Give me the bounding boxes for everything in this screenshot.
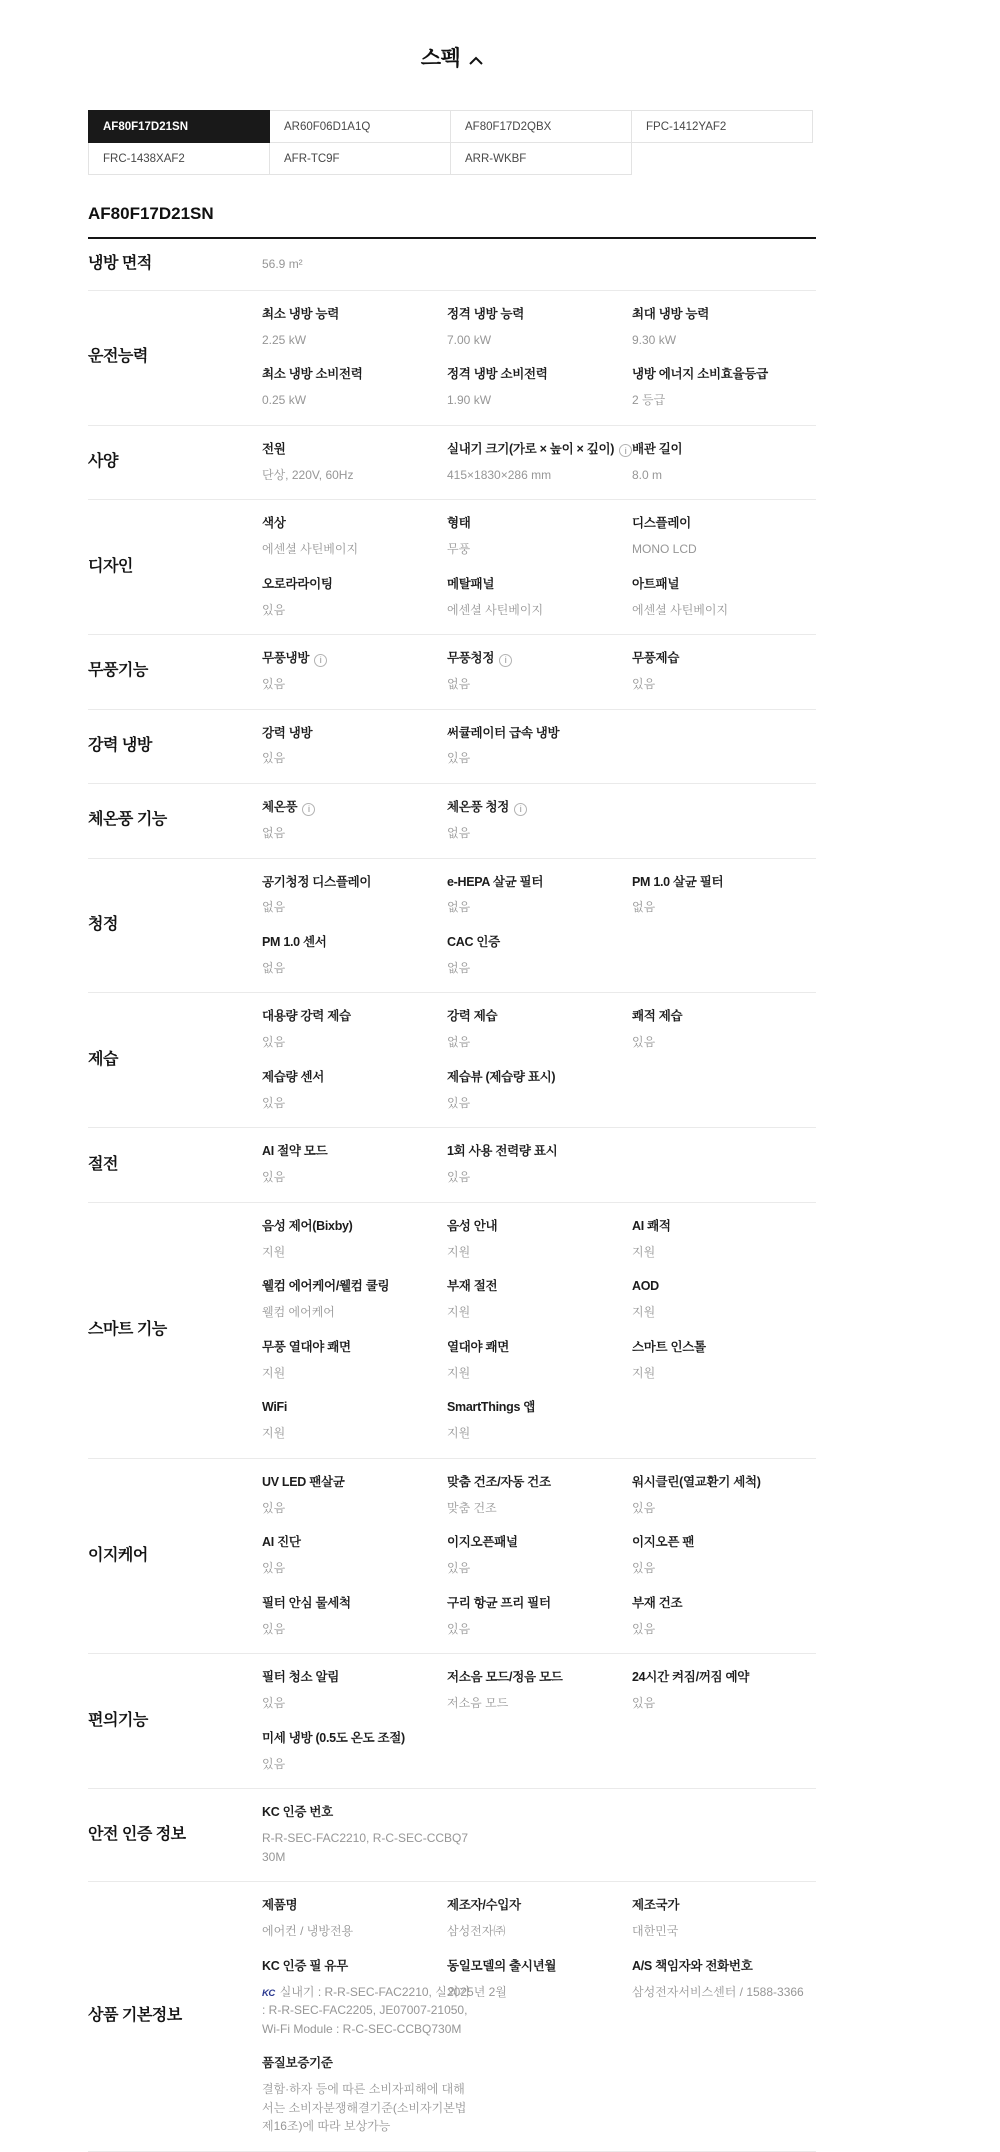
spec-cell: 이지오픈패널있음 <box>447 1534 632 1577</box>
spec-field-label: KC 인증 번호 <box>262 1804 333 1821</box>
spec-row: 디자인색상에센셜 사틴베이지형태무풍디스플레이MONO LCD오로라라이팅있음메… <box>88 500 816 635</box>
info-icon[interactable]: i <box>302 803 315 816</box>
spec-field-value: 있음 <box>262 1559 285 1578</box>
spec-field-label: AI 진단 <box>262 1534 301 1551</box>
spec-field-label: AI 쾌적 <box>632 1218 671 1235</box>
spec-field-value: 삼성전자㈜ <box>447 1922 505 1941</box>
spec-field-value: 삼성전자서비스센터 / 1588-3366 <box>632 1983 804 2002</box>
spec-row: 제습대용량 강력 제습있음강력 제습없음쾌적 제습있음제습량 센서있음제습뷰 (… <box>88 993 816 1128</box>
spec-field-value: KC실내기 : R-R-SEC-FAC2210, 실외기 : R-R-SEC-F… <box>262 1983 474 2039</box>
spec-cell: 동일모델의 출시년월2025년 2월 <box>447 1958 632 2039</box>
spec-field-value: 0.25 kW <box>262 391 306 410</box>
spec-cell: 구리 항균 프리 필터있음 <box>447 1595 632 1638</box>
spec-cell: 최소 냉방 능력2.25 kW <box>262 306 447 349</box>
spec-field-value: 지원 <box>632 1303 655 1322</box>
spec-category-label: 편의기능 <box>88 1669 262 1773</box>
spec-row: 편의기능필터 청소 알림있음저소음 모드/정음 모드저소음 모드24시간 켜짐/… <box>88 1654 816 1789</box>
spec-cell: 제조자/수입자삼성전자㈜ <box>447 1897 632 1940</box>
spec-field-label: 이지오픈 팬 <box>632 1534 694 1551</box>
spec-cell: A/S 책임자와 전화번호삼성전자서비스센터 / 1588-3366 <box>632 1958 817 2039</box>
spec-cell: 미세 냉방 (0.5도 온도 조절)있음 <box>262 1730 447 1773</box>
spec-field-value: 있음 <box>262 1620 285 1639</box>
spec-cell: 맞춤 건조/자동 건조맞춤 건조 <box>447 1474 632 1517</box>
spec-field-label: AI 절약 모드 <box>262 1143 327 1160</box>
spec-cell: e-HEPA 살균 필터없음 <box>447 874 632 917</box>
spec-field-label: 제조국가 <box>632 1897 679 1914</box>
spec-cell: 24시간 켜짐/꺼짐 예약있음 <box>632 1669 817 1712</box>
spec-field-label: 미세 냉방 (0.5도 온도 조절) <box>262 1730 405 1747</box>
spec-cell: 공기청정 디스플레이없음 <box>262 874 447 917</box>
spec-field-value: 맞춤 건조 <box>447 1499 497 1518</box>
spec-category-label: 디자인 <box>88 515 262 619</box>
spec-field-value: 지원 <box>447 1424 470 1443</box>
kc-mark-icon: KC <box>262 1987 275 2002</box>
spec-field-value: 지원 <box>447 1243 470 1262</box>
spec-cell: 최소 냉방 소비전력0.25 kW <box>262 366 447 409</box>
spec-cell: SmartThings 앱지원 <box>447 1399 632 1442</box>
spec-field-label: UV LED 팬살균 <box>262 1474 345 1491</box>
spec-field-value: 2.25 kW <box>262 331 306 350</box>
spec-field-value: 없음 <box>447 898 470 917</box>
spec-field-value: 웰컴 에어케어 <box>262 1303 335 1322</box>
spec-field-value: 없음 <box>632 898 655 917</box>
spec-field-value: 있음 <box>447 1620 470 1639</box>
info-icon[interactable]: i <box>314 654 327 667</box>
spec-cell: 디스플레이MONO LCD <box>632 515 817 558</box>
spec-cell: 아트패널에센셜 사틴베이지 <box>632 576 817 619</box>
spec-field-label: 오로라라이팅 <box>262 576 333 593</box>
spec-cell: 형태무풍 <box>447 515 632 558</box>
spec-field-value: 있음 <box>262 749 285 768</box>
spec-field-value: 지원 <box>632 1364 655 1383</box>
spec-field-label: 무풍청정i <box>447 650 512 667</box>
spec-category-label: 운전능력 <box>88 306 262 410</box>
spec-cell: KC 인증 번호R-R-SEC-FAC2210, R-C-SEC-CCBQ730… <box>262 1804 447 1866</box>
spec-field-value: 있음 <box>447 749 470 768</box>
spec-field-label: 강력 제습 <box>447 1008 497 1025</box>
spec-category-label: 사양 <box>88 441 262 484</box>
spec-cell: 1회 사용 전력량 표시있음 <box>447 1143 632 1186</box>
spec-row: 체온풍 기능체온풍i없음체온풍 청정i없음 <box>88 784 816 858</box>
spec-field-value: 없음 <box>447 1033 470 1052</box>
spec-field-label: 부재 절전 <box>447 1278 497 1295</box>
spec-field-label: 공기청정 디스플레이 <box>262 874 371 891</box>
spec-cell: 무풍 열대야 쾌면지원 <box>262 1339 447 1382</box>
spec-field-label: 웰컴 에어케어/웰컴 쿨링 <box>262 1278 389 1295</box>
spec-field-label: 체온풍i <box>262 799 315 816</box>
spec-field-label: SmartThings 앱 <box>447 1399 535 1416</box>
spec-cell: 배관 길이8.0 m <box>632 441 817 484</box>
spec-cell: 이지오픈 팬있음 <box>632 1534 817 1577</box>
spec-field-value: 있음 <box>632 1559 655 1578</box>
spec-field-value: 에센셜 사틴베이지 <box>447 601 543 620</box>
spec-cell: 정격 냉방 소비전력1.90 kW <box>447 366 632 409</box>
spec-field-value: 7.00 kW <box>447 331 491 350</box>
spec-field-label: 워시클린(열교환기 세척) <box>632 1474 761 1491</box>
spec-cell: 오로라라이팅있음 <box>262 576 447 619</box>
spec-field-label: 무풍 열대야 쾌면 <box>262 1339 351 1356</box>
model-tab-AFR-TC9F[interactable]: AFR-TC9F <box>269 142 451 175</box>
spec-row: 이지케어UV LED 팬살균있음맞춤 건조/자동 건조맞춤 건조워시클린(열교환… <box>88 1459 816 1654</box>
spec-field-value: 있음 <box>447 1168 470 1187</box>
spec-cell: 제품명에어컨 / 냉방전용 <box>262 1897 447 1940</box>
selected-model-title: AF80F17D21SN <box>88 204 816 224</box>
spec-field-value: 지원 <box>262 1243 285 1262</box>
spec-field-label: 최대 냉방 능력 <box>632 306 709 323</box>
spec-field-label: 배관 길이 <box>632 441 682 458</box>
spec-field-value: 8.0 m <box>632 466 662 485</box>
spec-field-label: 전원 <box>262 441 286 458</box>
spec-category-label: 청정 <box>88 874 262 978</box>
spec-row: 청정공기청정 디스플레이없음e-HEPA 살균 필터없음PM 1.0 살균 필터… <box>88 859 816 994</box>
spec-cell: AI 절약 모드있음 <box>262 1143 447 1186</box>
spec-field-label: 무풍냉방i <box>262 650 327 667</box>
spec-category-label: 제습 <box>88 1008 262 1112</box>
spec-cell: 저소음 모드/정음 모드저소음 모드 <box>447 1669 632 1712</box>
spec-cell: 웰컴 에어케어/웰컴 쿨링웰컴 에어케어 <box>262 1278 447 1321</box>
spec-cell: 체온풍 청정i없음 <box>447 799 632 842</box>
spec-row: 사양전원단상, 220V, 60Hz실내기 크기(가로 × 높이 × 깊이)i4… <box>88 426 816 500</box>
spec-field-label: 정격 냉방 소비전력 <box>447 366 548 383</box>
spec-field-value: 대한민국 <box>632 1922 678 1941</box>
spec-field-value: 에센셜 사틴베이지 <box>262 540 358 559</box>
spec-cell: 정격 냉방 능력7.00 kW <box>447 306 632 349</box>
spec-field-value: 9.30 kW <box>632 331 676 350</box>
spec-field-label: 체온풍 청정i <box>447 799 527 816</box>
spec-cell: 음성 제어(Bixby)지원 <box>262 1218 447 1261</box>
spec-field-label: 냉방 에너지 소비효율등급 <box>632 366 768 383</box>
spec-field-value: 56.9 m² <box>262 255 303 274</box>
spec-field-label: 음성 안내 <box>447 1218 497 1235</box>
spec-field-value: 없음 <box>262 959 285 978</box>
spec-field-value: 없음 <box>262 824 285 843</box>
spec-field-label: 아트패널 <box>632 576 679 593</box>
spec-cell: 제조국가대한민국 <box>632 1897 817 1940</box>
info-icon[interactable]: i <box>499 654 512 667</box>
spec-field-value: 있음 <box>632 1694 655 1713</box>
spec-section: 스펙 AF80F17D21SNAR60F06D1A1QAF80F17D2QBXF… <box>88 0 816 2152</box>
spec-field-value: 2 등급 <box>632 391 665 410</box>
spec-cell: 스마트 인스톨지원 <box>632 1339 817 1382</box>
spec-cell: 쾌적 제습있음 <box>632 1008 817 1051</box>
spec-field-label: 강력 냉방 <box>262 725 312 742</box>
spec-cell: 56.9 m² <box>262 255 447 274</box>
spec-field-value: 결함·하자 등에 따른 소비자피해에 대해서는 소비자분쟁해결기준(소비자기본법… <box>262 2080 474 2136</box>
spec-cell: 제습뷰 (제습량 표시)있음 <box>447 1069 632 1112</box>
spec-field-label: 제습량 센서 <box>262 1069 324 1086</box>
spec-category-label: 무풍기능 <box>88 650 262 693</box>
spec-cell: AOD지원 <box>632 1278 817 1321</box>
spec-field-label: 쾌적 제습 <box>632 1008 682 1025</box>
spec-row: 강력 냉방강력 냉방있음써큘레이터 급속 냉방있음 <box>88 710 816 784</box>
spec-cell: PM 1.0 센서없음 <box>262 934 447 977</box>
spec-field-value: 에센셜 사틴베이지 <box>632 601 728 620</box>
spec-field-value: 없음 <box>447 959 470 978</box>
spec-field-value: 무풍 <box>447 540 470 559</box>
spec-field-value: 1.90 kW <box>447 391 491 410</box>
spec-table: 냉방 면적56.9 m²운전능력최소 냉방 능력2.25 kW정격 냉방 능력7… <box>88 237 816 2152</box>
spec-category-label: 스마트 기능 <box>88 1218 262 1443</box>
spec-field-label: 필터 청소 알림 <box>262 1669 339 1686</box>
spec-field-label: 정격 냉방 능력 <box>447 306 524 323</box>
spec-field-value: 없음 <box>447 675 470 694</box>
model-tab-AF80F17D2QBX[interactable]: AF80F17D2QBX <box>450 110 632 143</box>
spec-cell: 냉방 에너지 소비효율등급2 등급 <box>632 366 817 409</box>
model-tab-FPC-1412YAF2[interactable]: FPC-1412YAF2 <box>631 110 813 143</box>
spec-row: 안전 인증 정보KC 인증 번호R-R-SEC-FAC2210, R-C-SEC… <box>88 1789 816 1882</box>
spec-cell: 워시클린(열교환기 세척)있음 <box>632 1474 817 1517</box>
spec-field-value: 지원 <box>262 1424 285 1443</box>
spec-cell: 체온풍i없음 <box>262 799 447 842</box>
spec-field-label: 형태 <box>447 515 471 532</box>
spec-cell: 부재 절전지원 <box>447 1278 632 1321</box>
spec-field-label: 최소 냉방 소비전력 <box>262 366 363 383</box>
spec-field-value: R-R-SEC-FAC2210, R-C-SEC-CCBQ730M <box>262 1829 474 1866</box>
spec-field-label: 구리 항균 프리 필터 <box>447 1595 551 1612</box>
spec-cell: 써큘레이터 급속 냉방있음 <box>447 725 632 768</box>
spec-cell: 전원단상, 220V, 60Hz <box>262 441 447 484</box>
spec-category-label: 상품 기본정보 <box>88 1897 262 2136</box>
spec-field-value: 단상, 220V, 60Hz <box>262 466 353 485</box>
spec-field-label: AOD <box>632 1278 659 1295</box>
chevron-up-icon <box>469 53 483 62</box>
spec-category-label: 이지케어 <box>88 1474 262 1638</box>
spec-row: 절전AI 절약 모드있음1회 사용 전력량 표시있음 <box>88 1128 816 1202</box>
spec-field-value: 있음 <box>262 1755 285 1774</box>
spec-row: 스마트 기능음성 제어(Bixby)지원음성 안내지원AI 쾌적지원웰컴 에어케… <box>88 1203 816 1459</box>
spec-cell: 필터 안심 물세척있음 <box>262 1595 447 1638</box>
spec-field-value: 있음 <box>262 1499 285 1518</box>
spec-field-value: 있음 <box>447 1094 470 1113</box>
spec-field-label: 필터 안심 물세척 <box>262 1595 351 1612</box>
spec-row: 운전능력최소 냉방 능력2.25 kW정격 냉방 능력7.00 kW최대 냉방 … <box>88 291 816 426</box>
spec-field-label: 대용량 강력 제습 <box>262 1008 351 1025</box>
spec-field-label: 제습뷰 (제습량 표시) <box>447 1069 555 1086</box>
spec-cell: 강력 제습없음 <box>447 1008 632 1051</box>
model-tab-ARR-WKBF[interactable]: ARR-WKBF <box>450 142 632 175</box>
spec-field-label: 실내기 크기(가로 × 높이 × 깊이)i <box>447 441 632 458</box>
spec-cell: 품질보증기준결함·하자 등에 따른 소비자피해에 대해서는 소비자분쟁해결기준(… <box>262 2055 447 2136</box>
spec-cell: 무풍냉방i있음 <box>262 650 447 693</box>
spec-cell: 메탈패널에센셜 사틴베이지 <box>447 576 632 619</box>
spec-field-label: KC 인증 필 유무 <box>262 1958 348 1975</box>
spec-field-value: 있음 <box>262 1168 285 1187</box>
spec-field-label: CAC 인증 <box>447 934 500 951</box>
spec-cell: KC 인증 필 유무KC실내기 : R-R-SEC-FAC2210, 실외기 :… <box>262 1958 447 2039</box>
spec-cell: PM 1.0 살균 필터없음 <box>632 874 817 917</box>
spec-field-label: 제품명 <box>262 1897 297 1914</box>
spec-category-label: 냉방 면적 <box>88 254 262 275</box>
spec-field-value: 지원 <box>447 1364 470 1383</box>
spec-field-value: 저소음 모드 <box>447 1694 508 1713</box>
spec-section-toggle[interactable]: 스펙 <box>88 38 816 76</box>
spec-cell: CAC 인증없음 <box>447 934 632 977</box>
spec-field-value: 없음 <box>447 824 470 843</box>
spec-cell: 무풍청정i없음 <box>447 650 632 693</box>
spec-row: 냉방 면적56.9 m² <box>88 239 816 291</box>
spec-category-label: 안전 인증 정보 <box>88 1804 262 1866</box>
spec-field-label: e-HEPA 살균 필터 <box>447 874 543 891</box>
spec-row: 상품 기본정보제품명에어컨 / 냉방전용제조자/수입자삼성전자㈜제조국가대한민국… <box>88 1882 816 2152</box>
spec-field-label: 1회 사용 전력량 표시 <box>447 1143 557 1160</box>
spec-field-value: 에어컨 / 냉방전용 <box>262 1922 353 1941</box>
spec-field-label: 24시간 켜짐/꺼짐 예약 <box>632 1669 749 1686</box>
spec-cell: 실내기 크기(가로 × 높이 × 깊이)i415×1830×286 mm <box>447 441 632 484</box>
spec-field-value: 2025년 2월 <box>447 1983 507 2002</box>
spec-field-label: 저소음 모드/정음 모드 <box>447 1669 563 1686</box>
spec-cell: WiFi지원 <box>262 1399 447 1442</box>
spec-field-value: 지원 <box>262 1364 285 1383</box>
spec-cell: AI 쾌적지원 <box>632 1218 817 1261</box>
spec-field-label: 무풍제습 <box>632 650 679 667</box>
spec-section-title: 스펙 <box>421 42 461 72</box>
spec-field-value: MONO LCD <box>632 540 697 559</box>
spec-field-value: 있음 <box>262 1094 285 1113</box>
spec-cell: UV LED 팬살균있음 <box>262 1474 447 1517</box>
spec-field-value: 415×1830×286 mm <box>447 466 551 485</box>
spec-cell: 최대 냉방 능력9.30 kW <box>632 306 817 349</box>
spec-field-label: 동일모델의 출시년월 <box>447 1958 556 1975</box>
spec-cell: 대용량 강력 제습있음 <box>262 1008 447 1051</box>
model-tab-AR60F06D1A1Q[interactable]: AR60F06D1A1Q <box>269 110 451 143</box>
spec-field-value: 지원 <box>447 1303 470 1322</box>
spec-cell: 필터 청소 알림있음 <box>262 1669 447 1712</box>
spec-category-label: 강력 냉방 <box>88 725 262 768</box>
spec-field-label: 이지오픈패널 <box>447 1534 518 1551</box>
spec-field-value: 있음 <box>447 1559 470 1578</box>
spec-field-label: 스마트 인스톨 <box>632 1339 706 1356</box>
spec-field-value: 있음 <box>262 1694 285 1713</box>
spec-category-label: 체온풍 기능 <box>88 799 262 842</box>
spec-field-value: 지원 <box>632 1243 655 1262</box>
spec-field-value: 있음 <box>262 601 285 620</box>
spec-cell: 색상에센셜 사틴베이지 <box>262 515 447 558</box>
spec-cell: 강력 냉방있음 <box>262 725 447 768</box>
model-tab-FRC-1438XAF2[interactable]: FRC-1438XAF2 <box>88 142 270 175</box>
spec-field-label: 제조자/수입자 <box>447 1897 521 1914</box>
spec-field-value: 있음 <box>262 1033 285 1052</box>
spec-field-label: PM 1.0 살균 필터 <box>632 874 723 891</box>
spec-field-label: 최소 냉방 능력 <box>262 306 339 323</box>
spec-category-label: 절전 <box>88 1143 262 1186</box>
spec-cell: 무풍제습있음 <box>632 650 817 693</box>
spec-cell: 제습량 센서있음 <box>262 1069 447 1112</box>
spec-cell: 부재 건조있음 <box>632 1595 817 1638</box>
spec-field-label: 메탈패널 <box>447 576 494 593</box>
spec-field-label: 열대야 쾌면 <box>447 1339 509 1356</box>
spec-field-label: 맞춤 건조/자동 건조 <box>447 1474 551 1491</box>
spec-cell: 음성 안내지원 <box>447 1218 632 1261</box>
spec-field-label: 디스플레이 <box>632 515 691 532</box>
spec-field-value: 있음 <box>262 675 285 694</box>
spec-field-value: 있음 <box>632 1033 655 1052</box>
spec-field-value: 있음 <box>632 675 655 694</box>
spec-field-label: WiFi <box>262 1399 287 1416</box>
model-tab-AF80F17D21SN[interactable]: AF80F17D21SN <box>88 110 270 143</box>
spec-field-value: 있음 <box>632 1620 655 1639</box>
spec-field-label: 음성 제어(Bixby) <box>262 1218 353 1235</box>
spec-field-label: 색상 <box>262 515 286 532</box>
spec-cell: AI 진단있음 <box>262 1534 447 1577</box>
info-icon[interactable]: i <box>619 444 632 457</box>
spec-field-value: 있음 <box>632 1499 655 1518</box>
spec-field-label: 써큘레이터 급속 냉방 <box>447 725 559 742</box>
spec-cell: 열대야 쾌면지원 <box>447 1339 632 1382</box>
model-tabs: AF80F17D21SNAR60F06D1A1QAF80F17D2QBXFPC-… <box>88 110 816 174</box>
spec-field-label: A/S 책임자와 전화번호 <box>632 1958 752 1975</box>
spec-row: 무풍기능무풍냉방i있음무풍청정i없음무풍제습있음 <box>88 635 816 709</box>
spec-field-value: 없음 <box>262 898 285 917</box>
spec-field-label: 품질보증기준 <box>262 2055 333 2072</box>
info-icon[interactable]: i <box>514 803 527 816</box>
spec-field-label: 부재 건조 <box>632 1595 682 1612</box>
spec-field-label: PM 1.0 센서 <box>262 934 327 951</box>
